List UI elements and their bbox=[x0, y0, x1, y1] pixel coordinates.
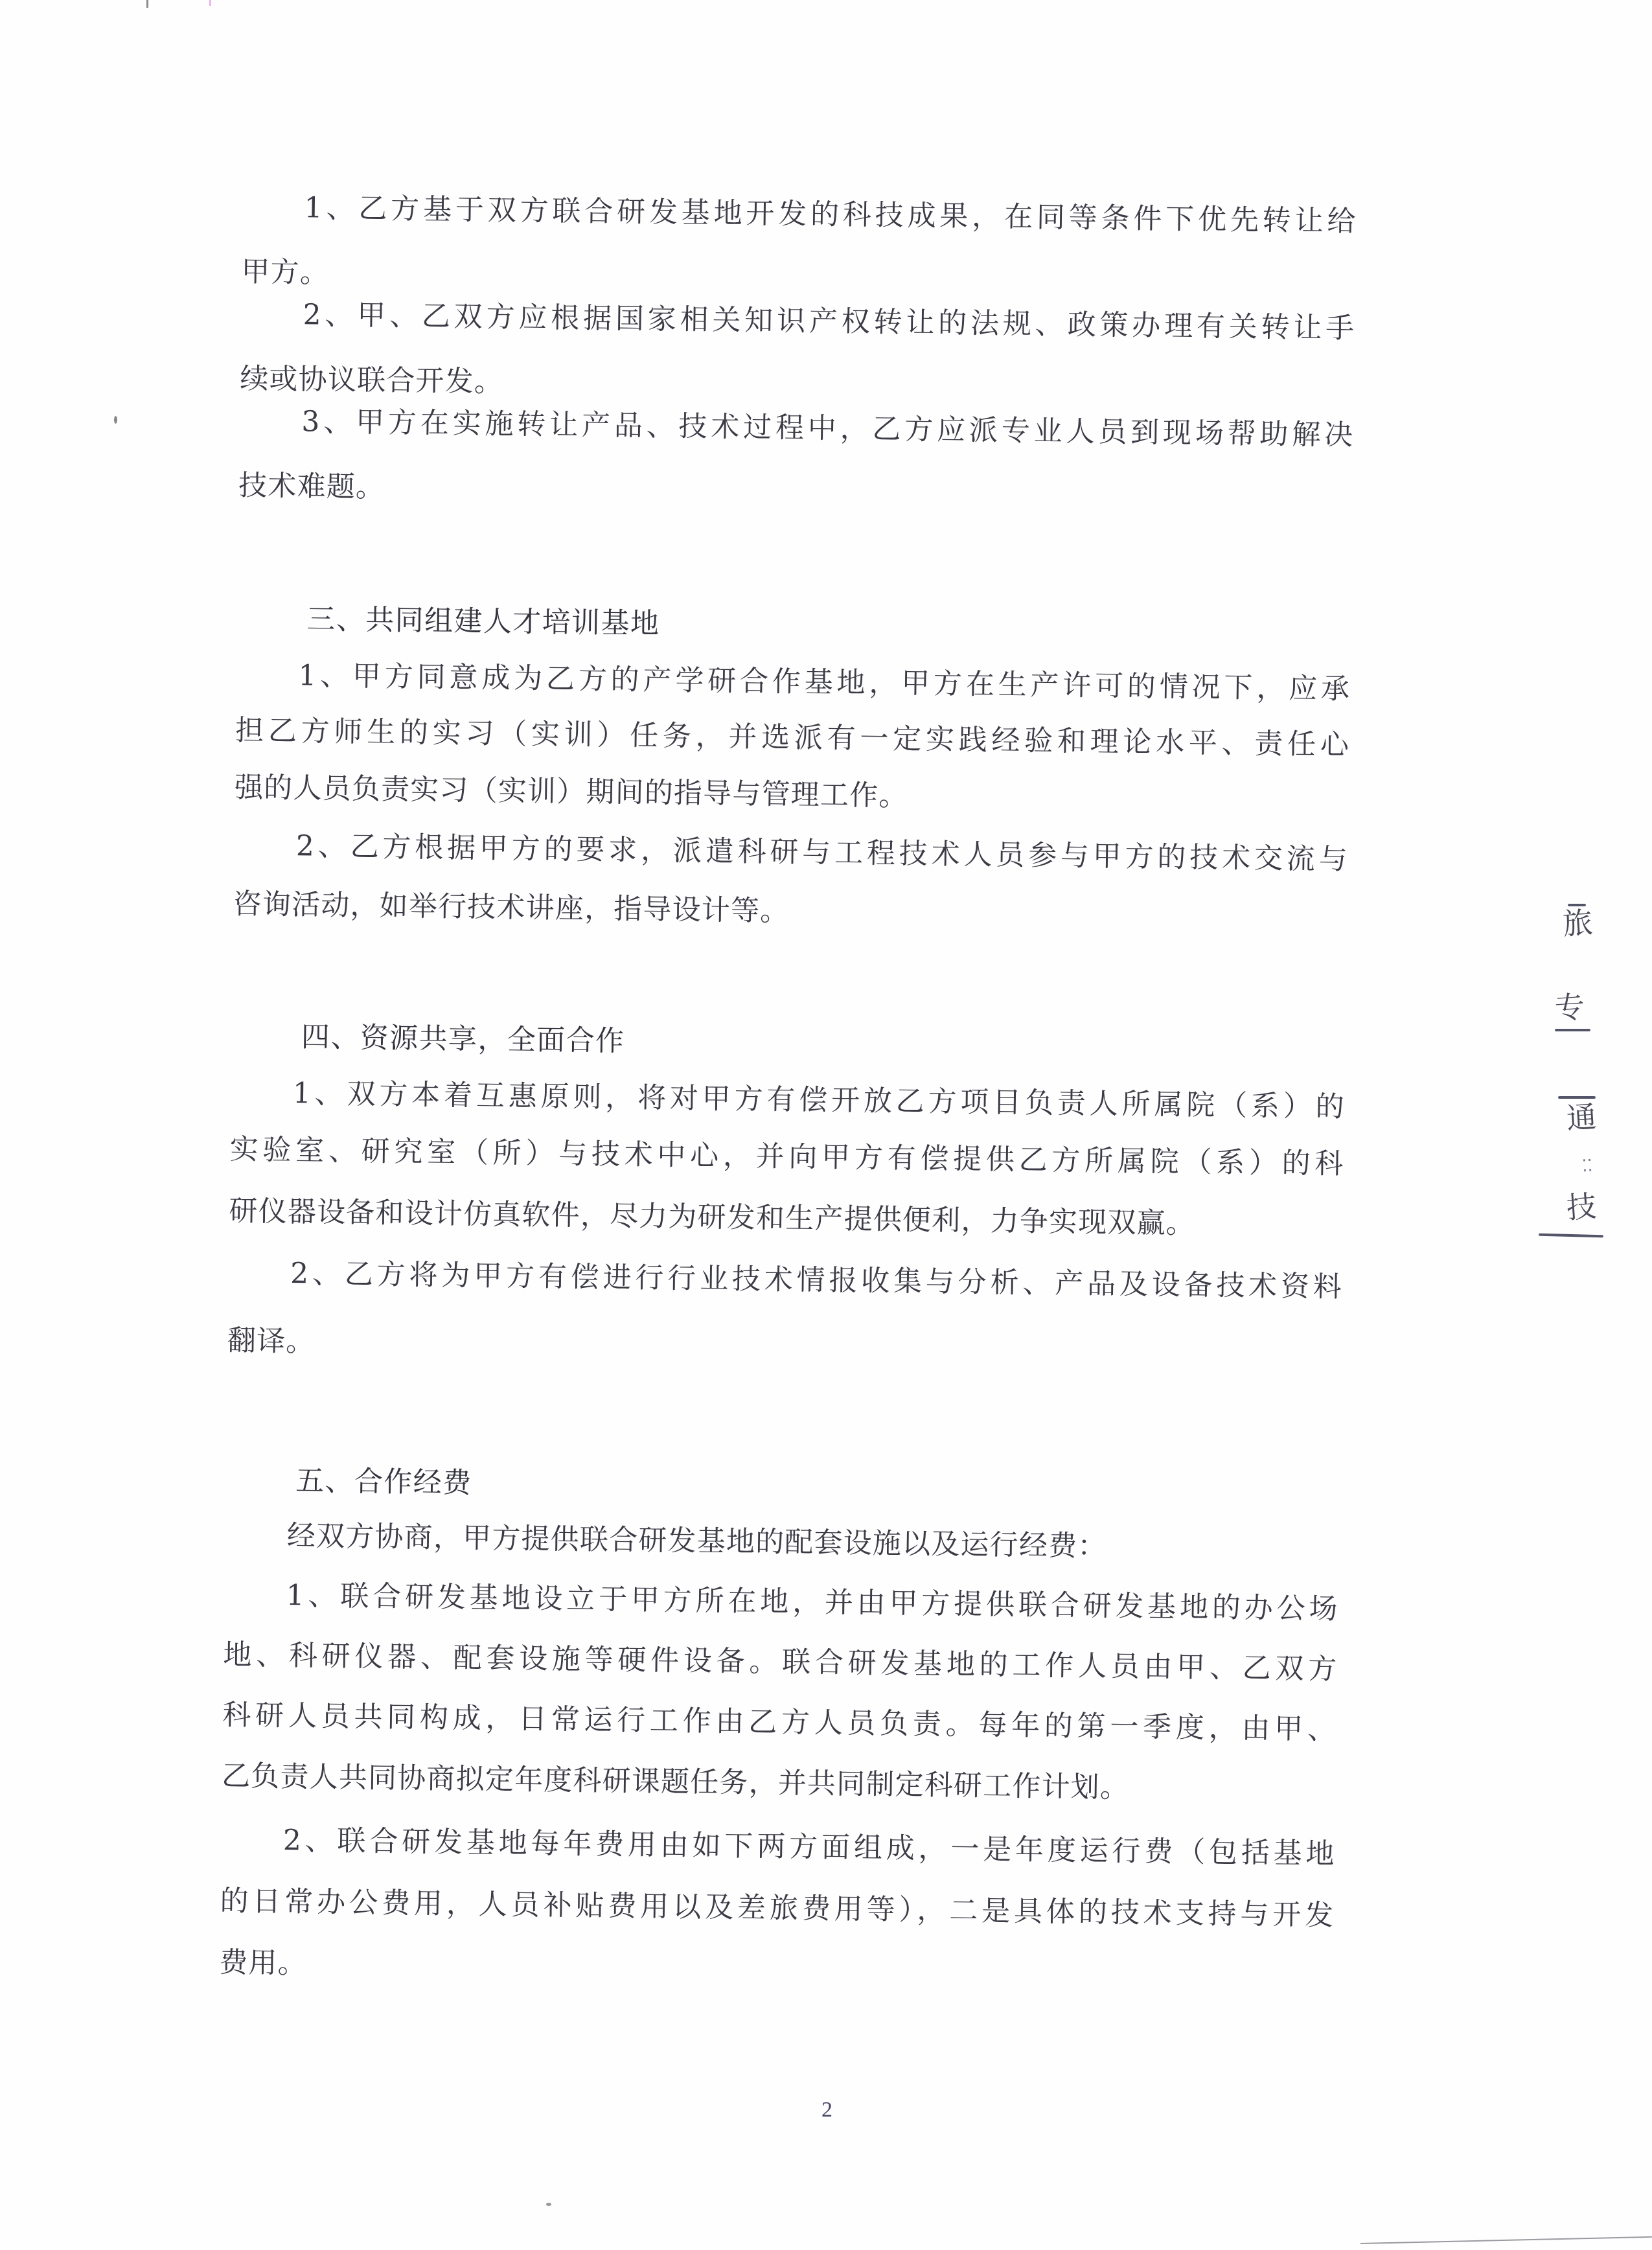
paragraph-line: 1、甲方同意成为乙方的产学研合作基地，甲方在生产许可的情况下，应承 bbox=[298, 656, 1351, 709]
paragraph-line: 1、联合研发基地设立于甲方所在地，并由甲方提供联合研发基地的办公场 bbox=[286, 1576, 1338, 1629]
scan-speck bbox=[546, 2203, 551, 2206]
paragraph-line: 的日常办公费用，人员补贴费用以及差旅费用等），二是具体的技术支持与开发 bbox=[220, 1882, 1335, 1936]
paragraph-line: 2、乙方将为甲方有偿进行行业技术情报收集与分析、产品及设备技术资料 bbox=[290, 1254, 1343, 1307]
handwritten-dash bbox=[1558, 1096, 1596, 1099]
paragraph-line: 强的人员负责实习（实训）期间的指导与管理工作。 bbox=[235, 768, 908, 816]
handwritten-underline bbox=[1539, 1234, 1603, 1238]
paragraph-line: 技术难题。 bbox=[238, 466, 385, 507]
handwritten-glyph: 通 bbox=[1565, 1100, 1597, 1134]
document-body: 1、乙方基于双方联合研发基地开发的科技成果，在同等条件下优先转让给 甲方。 2、… bbox=[245, 0, 1366, 15]
paragraph-line: 担乙方师生的实习（实训）任务，并选派有一定实践经验和理论水平、责任心 bbox=[235, 711, 1350, 765]
section-transfer: 1、乙方基于双方联合研发基地开发的科技成果，在同等条件下优先转让给 甲方。 2、… bbox=[245, 0, 1366, 15]
scanned-page: 1、乙方基于双方联合研发基地开发的科技成果，在同等条件下优先转让给 甲方。 2、… bbox=[0, 0, 1652, 2250]
paragraph-line: 科研人员共同构成，日常运行工作由乙方人员负责。每年的第一季度，由甲、 bbox=[222, 1696, 1337, 1750]
paragraph-line: 乙负责人共同协商拟定年度科研课题任务，并共同制定科研工作计划。 bbox=[222, 1757, 1130, 1808]
page-number: 2 bbox=[821, 2098, 832, 2122]
paragraph-line: 3、甲方在实施转让产品、技术过程中，乙方应派专业人员到现场帮助解决 bbox=[301, 402, 1354, 455]
paragraph-line: 2、联合研发基地每年费用由如下两方面组成，一是年度运行费（包括基地 bbox=[282, 1821, 1335, 1874]
paragraph-line: 2、乙方根据甲方的要求，派遣科研与工程技术人员参与甲方的技术交流与 bbox=[296, 827, 1349, 879]
handwritten-glyph: ⁚⁚ bbox=[1581, 1149, 1594, 1182]
paragraph-line: 续或协议联合开发。 bbox=[240, 360, 504, 402]
handwritten-margin-note: 旅 专 通 ⁚⁚ 技 bbox=[1535, 888, 1633, 1684]
handwritten-glyph: 专 bbox=[1554, 990, 1585, 1024]
scan-edge-line bbox=[1360, 2236, 1652, 2244]
scan-speck bbox=[114, 416, 117, 424]
paragraph-line: 费用。 bbox=[219, 1944, 307, 1984]
scan-artifact-mark bbox=[146, 0, 148, 8]
section-3: 三、共同组建人才培训基地 1、甲方同意成为乙方的产学研合作基地，甲方在生产许可的… bbox=[245, 0, 1366, 15]
paragraph-line: 翻译。 bbox=[227, 1322, 315, 1362]
paragraph-line: 1、乙方基于双方联合研发基地开发的科技成果，在同等条件下优先转让给 bbox=[304, 189, 1357, 241]
section-4: 四、资源共享，全面合作 1、双方本着互惠原则，将对甲方有偿开放乙方项目负责人所属… bbox=[245, 0, 1366, 15]
paragraph-line: 经双方协商，甲方提供联合研发基地的配套设施以及运行经费： bbox=[287, 1517, 1107, 1567]
section-5: 五、合作经费 经双方协商，甲方提供联合研发基地的配套设施以及运行经费： 1、联合… bbox=[245, 0, 1366, 15]
section-heading: 五、合作经费 bbox=[295, 1462, 472, 1503]
section-heading: 四、资源共享，全面合作 bbox=[301, 1018, 625, 1061]
paragraph-line: 咨询活动，如举行技术讲座，指导设计等。 bbox=[233, 885, 790, 931]
handwritten-glyph: 技 bbox=[1565, 1189, 1597, 1224]
handwritten-dash bbox=[1555, 1029, 1590, 1031]
paragraph-line: 地、科研仪器、配套设施等硬件设备。联合研发基地的工作人员由甲、乙双方 bbox=[223, 1636, 1338, 1690]
handwritten-glyph: 旅 bbox=[1561, 906, 1593, 940]
scan-artifact-mark bbox=[209, 0, 211, 6]
paragraph-line: 1、双方本着互惠原则，将对甲方有偿开放乙方项目负责人所属院（系）的 bbox=[293, 1074, 1346, 1127]
paragraph-line: 研仪器设备和设计仿真软件，尽力为研发和生产提供便利，力争实现双赢。 bbox=[229, 1192, 1195, 1244]
section-heading: 三、共同组建人才培训基地 bbox=[306, 600, 660, 643]
paragraph-line: 实验室、研究室（所）与技术中心，并向甲方有偿提供乙方所属院（系）的科 bbox=[229, 1131, 1344, 1184]
paragraph-line: 甲方。 bbox=[241, 253, 329, 293]
paragraph-line: 2、甲、乙双方应根据国家相关知识产权转让的法规、政策办理有关转让手 bbox=[303, 295, 1355, 348]
